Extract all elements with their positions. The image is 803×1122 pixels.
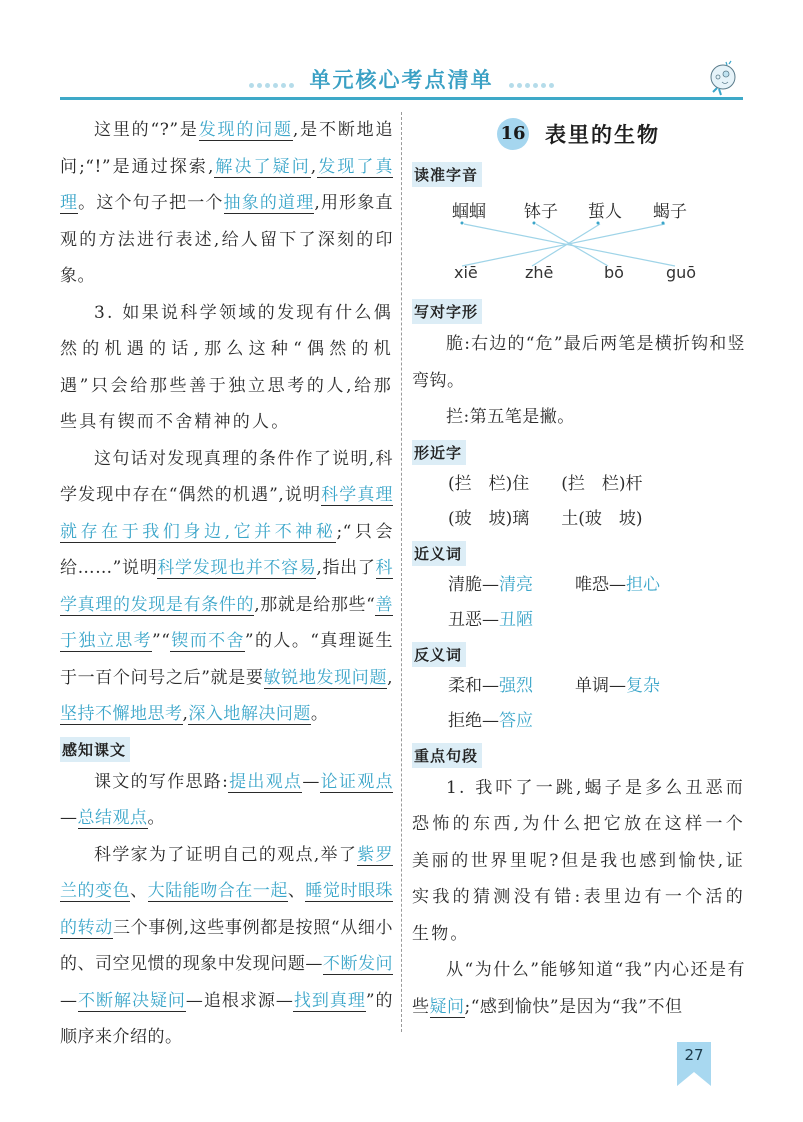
text: —追根求源— (186, 991, 293, 1011)
answer-highlight: 发现的问题 (199, 120, 293, 141)
key-sentence-analysis: 从“为什么”能够知道“我”内心还是有些疑问;“感到愉快”是因为“我”不但 (412, 952, 745, 1025)
right-column: 16表里的生物 读准字音 蝈蝈 钵子 蜇人 蝎子 xiē zhē bō guō … (412, 112, 745, 1025)
section-label-jinyi: 近义词 (412, 541, 466, 566)
decorative-dots-right (508, 69, 556, 93)
antonym-answer: 强烈 (499, 676, 533, 696)
writing-note-2: 拦:第五笔是撇。 (412, 399, 745, 436)
answer-highlight: 不断发问 (323, 954, 393, 975)
text: ,指出了 (316, 558, 375, 578)
decorative-dots-left (248, 69, 296, 93)
antonym-word: 拒绝 (448, 711, 482, 731)
text: 课文的写作思路: (94, 772, 228, 792)
match-pinyin: bō (604, 263, 624, 282)
header-rule (60, 97, 743, 100)
match-word: 蝈蝈 (452, 197, 486, 222)
text: 科学家为了证明自己的观点,举了 (94, 845, 357, 865)
dash: — (482, 676, 499, 696)
synonym-word: 丑恶 (448, 610, 482, 630)
synonym-row: 丑恶—丑陋 (412, 603, 745, 638)
header-title-wrap: 单元核心考点清单 (60, 64, 743, 94)
synonym-word: 唯恐 (575, 575, 609, 595)
pinyin-matching-exercise: 蝈蝈 钵子 蜇人 蝎子 xiē zhē bō guō (412, 195, 745, 295)
page-header: 单元核心考点清单 (60, 60, 743, 100)
page-number: 27 (677, 1046, 711, 1064)
text: ;“感到愉快”是因为“我”不但 (465, 997, 683, 1017)
similar-chars-row: (玻 坡)璃土(玻 坡) (412, 502, 745, 537)
match-word: 蜇人 (588, 197, 622, 222)
dash: — (482, 711, 499, 731)
text: , (311, 157, 317, 177)
match-pinyin: zhē (525, 263, 553, 282)
antonym-row: 拒绝—答应 (412, 704, 745, 739)
antonym-row: 柔和—强烈单调—复杂 (412, 669, 745, 704)
answer-highlight: 疑问 (430, 997, 465, 1018)
paragraph-writing-structure: 课文的写作思路:提出观点—论证观点—总结观点。 (60, 764, 393, 837)
header-title: 单元核心考点清单 (310, 68, 494, 92)
similar-chars-row: (拦 栏)住(拦 栏)杆 (412, 467, 745, 502)
answer-highlight: 解决了疑问 (214, 157, 311, 178)
synonym-answer: 清亮 (499, 575, 533, 595)
paragraph-examples: 科学家为了证明自己的观点,举了紫罗兰的变色、大陆能吻合在一起、睡觉时眼珠的转动三… (60, 837, 393, 1056)
similar-chars-item: (拦 栏)住 (448, 467, 529, 502)
synonym-answer: 担心 (626, 575, 660, 595)
answer-highlight: 论证观点 (320, 772, 393, 793)
text: 。 (311, 704, 329, 724)
match-word: 钵子 (524, 197, 558, 222)
lesson-heading: 16表里的生物 (412, 112, 745, 158)
dash: — (609, 575, 626, 595)
antonym-answer: 复杂 (626, 676, 660, 696)
text: ”“ (152, 631, 170, 651)
answer-highlight: 找到真理 (293, 991, 365, 1012)
answer-highlight: 敏锐地发现问题 (264, 668, 388, 689)
answer-highlight: 抽象的道理 (224, 193, 315, 214)
antonym-answer: 答应 (499, 711, 533, 731)
synonym-row: 清脆—清亮唯恐—担心 (412, 568, 745, 603)
dash: — (609, 676, 626, 696)
answer-highlight: 科学发现也并不容易 (157, 558, 316, 579)
answer-highlight: 大陆能吻合在一起 (148, 881, 288, 902)
writing-note-1: 脆:右边的“危”最后两笔是横折钩和竖弯钩。 (412, 326, 745, 399)
text: 、 (130, 881, 148, 901)
answer-highlight: 深入地解决问题 (188, 704, 311, 725)
quoted-sentence-3: 3. 如果说科学领域的发现有什么偶然的机遇的话,那么这种“偶然的机遇”只会给那些… (60, 295, 393, 441)
paragraph-explanation-1: 这里的“?”是发现的问题,是不断地追问;“!”是通过探索,解决了疑问,发现了真理… (60, 112, 393, 295)
similar-chars-item: (拦 栏)杆 (561, 467, 642, 502)
key-sentence-1: 1. 我吓了一跳,蝎子是多么丑恶而恐怖的东西,为什么把它放在这样一个美丽的世界里… (412, 770, 745, 953)
page-number-tab: 27 (677, 1042, 711, 1086)
section-label-xingjin: 形近字 (412, 440, 466, 465)
answer-highlight: 不断解决疑问 (78, 991, 186, 1012)
synonym-answer: 丑陋 (499, 610, 533, 630)
dash: — (482, 610, 499, 630)
text: — (60, 991, 78, 1011)
lesson-number-badge: 16 (497, 118, 529, 150)
paragraph-explanation-2: 这句话对发现真理的条件作了说明,科学发现中存在“偶然的机遇”,说明科学真理就存在… (60, 441, 393, 733)
similar-chars-item: 土(玻 坡) (561, 502, 642, 537)
similar-chars-item: (玻 坡)璃 (448, 502, 529, 537)
text: 这里的“?”是 (94, 120, 199, 140)
synonym-word: 清脆 (448, 575, 482, 595)
text: , (387, 668, 393, 688)
answer-highlight: 坚持不懈地思考 (60, 704, 183, 725)
cartoon-mascot-icon (705, 60, 741, 98)
section-label-zhongdian: 重点句段 (412, 743, 482, 768)
answer-highlight: 总结观点 (78, 808, 148, 829)
section-label-xiedui: 写对字形 (412, 299, 482, 324)
section-label-duzhun: 读准字音 (412, 162, 482, 187)
text: 。这个句子把一个 (78, 193, 223, 213)
section-label-ganzhi: 感知课文 (60, 737, 130, 762)
antonym-word: 单调 (575, 676, 609, 696)
match-pinyin: xiē (454, 263, 478, 282)
text: ,那就是给那些“ (254, 595, 375, 615)
section-label-fanyi: 反义词 (412, 642, 466, 667)
text: 。 (148, 808, 166, 828)
answer-highlight: 锲而不舍 (170, 631, 245, 652)
match-word: 蝎子 (653, 197, 687, 222)
column-divider (401, 112, 402, 1032)
antonym-word: 柔和 (448, 676, 482, 696)
left-column: 这里的“?”是发现的问题,是不断地追问;“!”是通过探索,解决了疑问,发现了真理… (60, 112, 393, 1056)
text: — (302, 772, 320, 792)
match-pinyin: guō (666, 263, 696, 282)
text: — (60, 808, 78, 828)
dash: — (482, 575, 499, 595)
lesson-title: 表里的生物 (545, 119, 660, 149)
answer-highlight: 提出观点 (228, 772, 302, 793)
text: 、 (288, 881, 306, 901)
